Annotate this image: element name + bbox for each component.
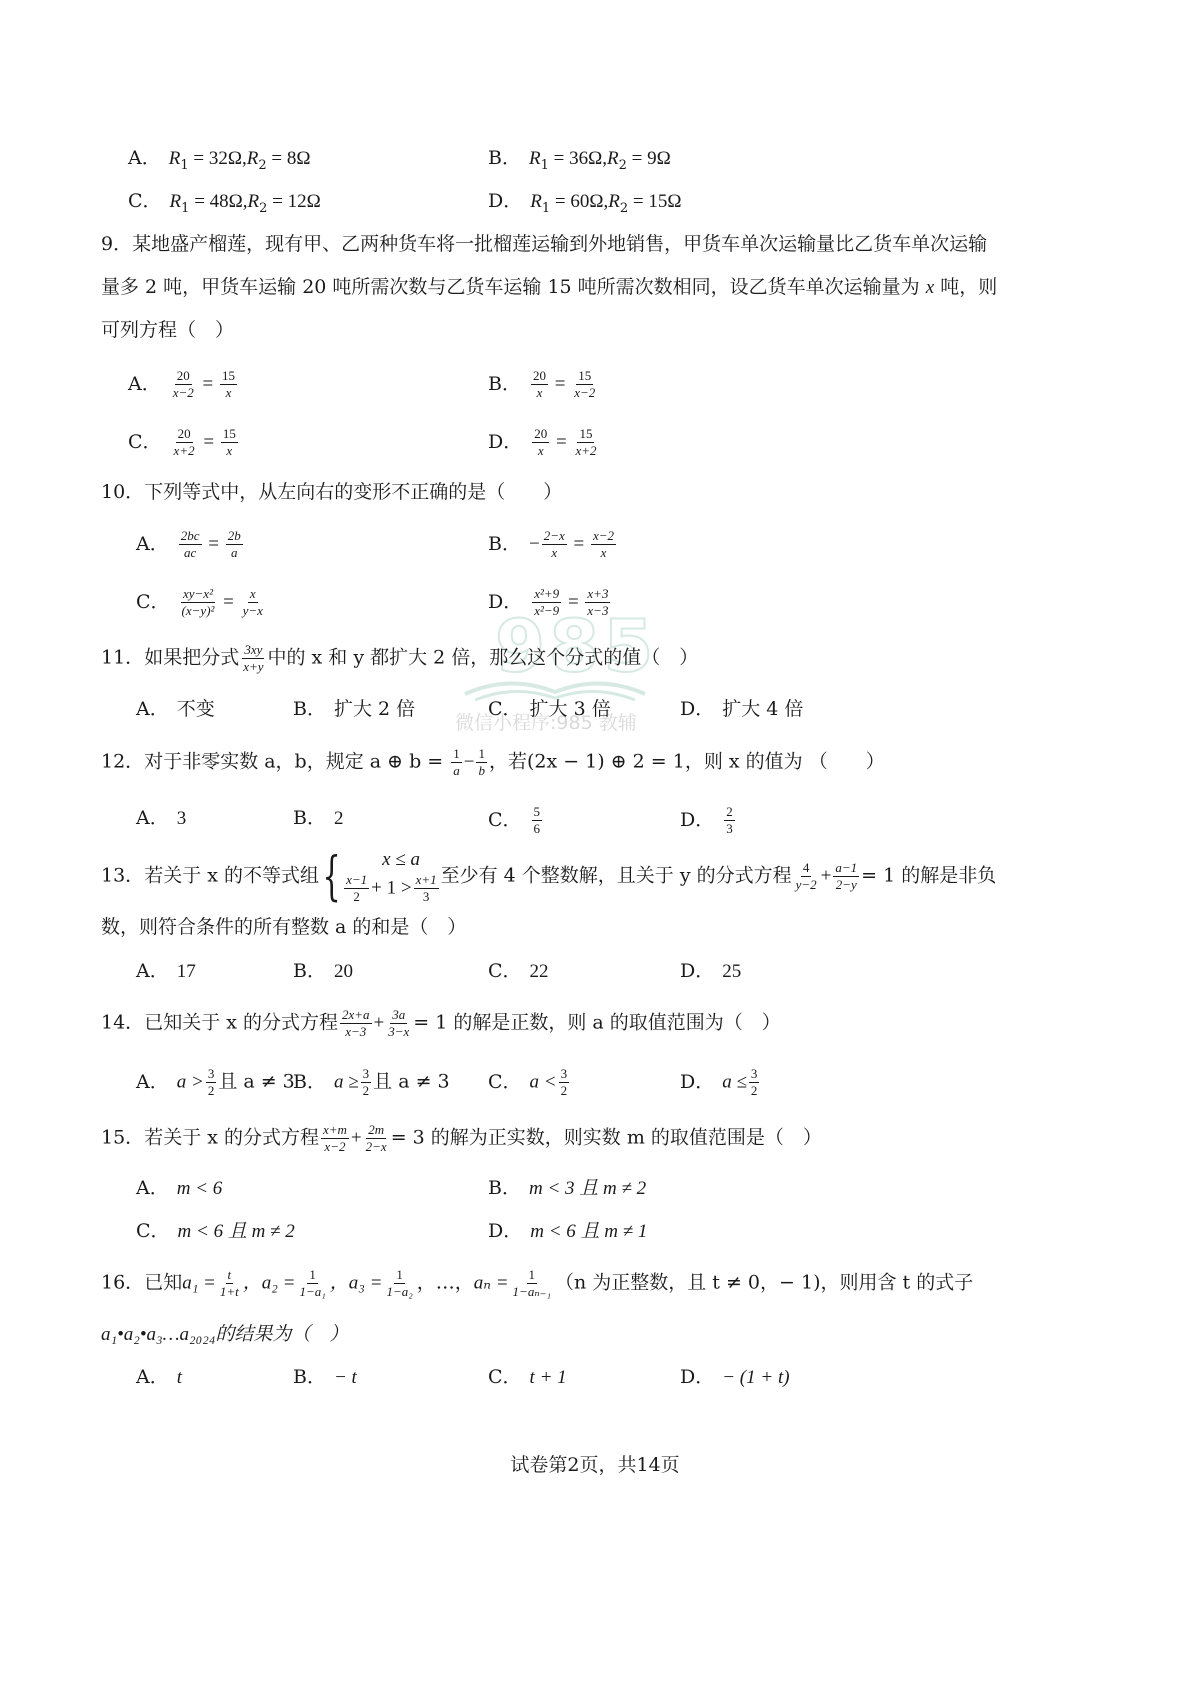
q9-stem-line1: 9．某地盛产榴莲，现有甲、乙两种货车将一批榴莲运输到外地销售，甲货车单次运输量比… [101, 230, 987, 258]
q12-option-b: B．2 [293, 804, 343, 833]
q14-option-d: D．a ≤32 [680, 1066, 761, 1099]
q14-stem: 14．已知关于 x 的分式方程2x+ax−3+3a3−x= 1 的解是正数，则 … [101, 1007, 781, 1040]
q16-option-a: A．t [136, 1363, 182, 1392]
page-footer: 试卷第2页，共14页 [0, 1450, 1190, 1477]
q13-stem-line1: 13．若关于 x 的不等式组{x ≤ ax−12+ 1 >x+13至少有 4 个… [101, 848, 996, 905]
q9-option-a: A．20x−2 = 15x [128, 368, 239, 401]
q14-option-c: C．a <32 [488, 1066, 571, 1099]
q11-option-a: A．不变 [136, 695, 215, 723]
q8-option-d: D．R1 = 60Ω,R2 = 15Ω [488, 187, 681, 223]
q9-stem-line2: 量多 2 吨，甲货车运输 20 吨所需次数与乙货车运输 15 吨所需次数相同，设… [101, 273, 997, 302]
q10-option-b: B．−2−xx = x−2x [488, 528, 618, 561]
q13-option-c: C．22 [488, 957, 549, 986]
q9-option-c: C．20x+2 = 15x [128, 426, 240, 459]
q16-stem-line1: 16．已知a₁ =t1+t，a₂ =11−a₁，a₃ =11−a₂，…，aₙ =… [101, 1267, 973, 1300]
q15-stem: 15．若关于 x 的分式方程x+mx−2+2m2−x= 3 的解为正实数，则实数… [101, 1122, 822, 1155]
q12-option-d: D．23 [680, 804, 737, 837]
q13-option-a: A．17 [136, 957, 196, 986]
q15-option-a: A．m < 6 [136, 1174, 222, 1203]
q12-option-a: A．3 [136, 804, 186, 833]
q8-option-c: C．R1 = 48Ω,R2 = 12Ω [128, 187, 321, 223]
q12-option-c: C．56 [488, 804, 544, 837]
q13-stem-line2: 数，则符合条件的所有整数 a 的和是（ ） [101, 913, 466, 941]
q8-option-b: B．R1 = 36Ω,R2 = 9Ω [488, 144, 671, 180]
q11-option-d: D．扩大 4 倍 [680, 695, 803, 723]
q13-option-d: D．25 [680, 957, 741, 986]
q15-option-d: D．m < 6 且 m ≠ 1 [488, 1217, 647, 1246]
q10-stem: 10．下列等式中，从左向右的变形不正确的是（ ） [101, 478, 562, 506]
q14-option-b: B．a ≥32且 a ≠ 3 [293, 1066, 450, 1099]
q11-stem: 11．如果把分式3xyx+y中的 x 和 y 都扩大 2 倍，那么这个分式的值（… [101, 642, 698, 675]
q16-option-c: C．t + 1 [488, 1363, 567, 1392]
q16-option-b: B．− t [293, 1363, 357, 1392]
q13-option-b: B．20 [293, 957, 353, 986]
inequality-system: {x ≤ ax−12+ 1 >x+13 [319, 848, 441, 905]
q9-option-b: B．20x = 15x−2 [488, 368, 599, 401]
q10-option-c: C．xy−x²(x−y)² = xy−x [136, 586, 267, 619]
q11-option-c: C．扩大 3 倍 [488, 695, 611, 723]
q10-option-a: A．2bcac = 2ba [136, 528, 245, 561]
q15-option-c: C．m < 6 且 m ≠ 2 [136, 1217, 295, 1246]
q15-option-b: B．m < 3 且 m ≠ 2 [488, 1174, 646, 1203]
q10-option-d: D．x²+9x²−9 = x+3x−3 [488, 586, 612, 619]
q9-option-d: D．20x = 15x+2 [488, 426, 601, 459]
q8-option-a: A．R1 = 32Ω,R2 = 8Ω [128, 144, 310, 180]
q12-stem: 12．对于非零实数 a，b，规定 a ⊕ b = 1a−1b，若(2x − 1)… [101, 746, 885, 779]
q9-stem-line3: 可列方程（ ） [101, 316, 234, 344]
exam-page: 985 微信小程序:985 教辅 A．R1 = 32Ω,R2 = 8Ω B．R1… [0, 0, 1190, 1683]
q11-option-b: B．扩大 2 倍 [293, 695, 415, 723]
q16-stem-line2: a₁•a₂•a₃…a₂₀₂₄的结果为（ ） [101, 1320, 348, 1349]
q16-option-d: D．− (1 + t) [680, 1363, 790, 1392]
q14-option-a: A．a >32且 a ≠ 3 [136, 1066, 295, 1099]
